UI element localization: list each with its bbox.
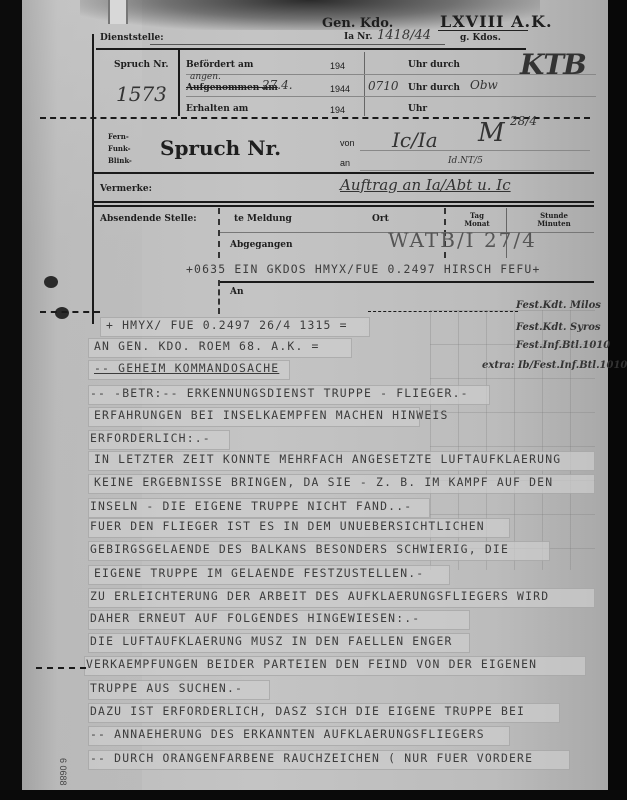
handwritten-date: 28/4	[510, 114, 537, 128]
message-line: DAHER ERNEUT AUF FOLGENDES HINGEWIESEN:.…	[90, 611, 420, 625]
befoerdert-uhr-label: Uhr durch	[408, 60, 460, 70]
cut-line-left	[40, 311, 100, 313]
message-line: -- GEHEIM KOMMANDOSACHE	[94, 361, 279, 375]
tag-monat-label: Tag Monat	[462, 212, 492, 228]
left-border-line	[92, 34, 94, 324]
ia-nr-suffix: g. Kdos.	[460, 33, 501, 43]
befoerdert-label: Befördert am	[186, 60, 253, 70]
row-line	[186, 74, 596, 75]
message-line: DAZU IST ERFORDERLICH, DASZ SICH DIE EIG…	[90, 704, 525, 718]
stunde-minuten-label: Stunde Minuten	[534, 212, 574, 228]
message-line: DIE LUFTAUFKLAERUNG MUSZ IN DEN FAELLEN …	[90, 634, 453, 648]
angen-annotation: angen.	[190, 72, 221, 82]
vermerke-label: Vermerke:	[100, 184, 152, 194]
receipt-top-line	[96, 48, 526, 50]
handwritten-von: Ic/Ia	[392, 128, 438, 152]
an-field-label: An	[230, 287, 244, 297]
erhalten-label: Erhalten am	[186, 104, 248, 114]
message-line: -- ANNAEHERUNG DES ERKANNTEN AUFKLAERUNG…	[90, 727, 485, 741]
handwritten-initials: M	[478, 118, 505, 148]
message-line: KEINE ERGEBNISSE BRINGEN, DA SIE - Z. B.…	[94, 475, 553, 489]
teleprinter-header: +0635 EIN GKDOS HMYX/FUE 0.2497 HIRSCH F…	[186, 262, 541, 276]
aufgenommen-uhr-label: Uhr durch	[408, 83, 460, 93]
erhalten-uhr-label: Uhr	[408, 104, 427, 114]
an-top-line	[220, 281, 594, 283]
double-line-top	[94, 201, 594, 203]
message-line: GEBIRGSGELAENDE DES BALKANS BESONDERS SC…	[90, 542, 509, 556]
handwritten-an: Id.NT/5	[448, 156, 483, 166]
form-number: 6 0688	[58, 758, 68, 786]
ia-nr-label: Ia Nr.	[344, 32, 372, 42]
paper-clip	[108, 0, 128, 24]
scan-border-right	[608, 0, 627, 800]
befoerdert-year: 194	[330, 61, 345, 71]
cut-line	[40, 117, 590, 119]
aufgenommen-date: 27.4.	[262, 78, 293, 92]
double-line-bottom	[94, 205, 594, 207]
an-line	[360, 170, 590, 171]
aufgenommen-by: Obw	[470, 78, 498, 92]
message-line: ERFORDERLICH:.-	[90, 431, 211, 445]
message-line: VERKAEMPFUNGEN BEIDER PARTEIEN DEN FEIND…	[86, 657, 537, 671]
spruch-nr-divider	[178, 48, 180, 116]
message-line: TRUPPE AUS SUCHEN.-	[90, 681, 243, 695]
spruch-nr-value: 1573	[116, 82, 167, 106]
von-label: von	[340, 138, 355, 148]
funk-label: Funk-	[108, 145, 131, 153]
scan-border-bottom	[0, 790, 627, 800]
erhalten-year: 194	[330, 105, 345, 115]
punch-hole-icon	[44, 276, 58, 288]
abgegangen-label: Abgegangen	[230, 240, 293, 250]
aufgenommen-time: 0710	[368, 79, 399, 93]
message-line: + HMYX/ FUE 0.2497 26/4 1315 =	[106, 318, 348, 332]
message-line: ERFAHRUNGEN BEI INSELKAEMPFEN MACHEN HIN…	[94, 408, 449, 422]
an-label: an	[340, 158, 350, 168]
fern-label: Fern-	[108, 133, 129, 141]
absendende-stelle-label: Absendende Stelle:	[100, 214, 197, 224]
an-divider	[218, 280, 220, 314]
blink-label: Blink-	[108, 157, 132, 165]
meldung-label: te Meldung	[234, 214, 292, 224]
ktb-stamp: KTB	[520, 48, 586, 81]
message-line: -- DURCH ORANGENFARBENE RAUCHZEICHEN ( N…	[90, 751, 533, 765]
ia-nr-value: 1418/44	[377, 28, 431, 43]
punch-hole-icon	[55, 307, 69, 319]
message-line: AN GEN. KDO. ROEM 68. A.K. =	[94, 339, 320, 353]
sender-divider	[218, 208, 220, 258]
aufgenommen-year: 1944	[330, 84, 350, 94]
spruch-nr-label: Spruch Nr.	[114, 60, 169, 70]
abgegangen-value: WATB/I 27/4	[388, 228, 537, 252]
spruch-bottom-line	[94, 172, 594, 174]
korps-underline	[438, 30, 528, 31]
message-line: EIGENE TRUPPE IM GELAENDE FESTZUSTELLEN.…	[94, 566, 424, 580]
cut-line-left-2	[36, 667, 86, 669]
message-line: INSELN - DIE EIGENE TRUPPE NICHT FAND..-	[90, 499, 412, 513]
date-time-divider	[364, 52, 365, 116]
dienststelle-line	[150, 44, 445, 45]
message-line: FUER DEN FLIEGER IST ES IN DEM UNUEBERSI…	[90, 519, 485, 533]
dienststelle-label: Dienststelle:	[100, 33, 164, 43]
row-line	[186, 96, 596, 97]
vermerke-value: Auftrag an Ia/Abt u. Ic	[340, 176, 511, 194]
message-line: -- -BETR:-- ERKENNUNGSDIENST TRUPPE - FL…	[90, 386, 469, 400]
message-line: IN LETZTER ZEIT KONNTE MEHRFACH ANGESETZ…	[94, 452, 561, 466]
korps-label: LXVIII A.K.	[440, 12, 553, 31]
spruch-title: Spruch Nr.	[160, 136, 281, 160]
ort-label: Ort	[372, 214, 389, 224]
message-line: ZU ERLEICHTERUNG DER ARBEIT DES AUFKLAER…	[90, 589, 549, 603]
